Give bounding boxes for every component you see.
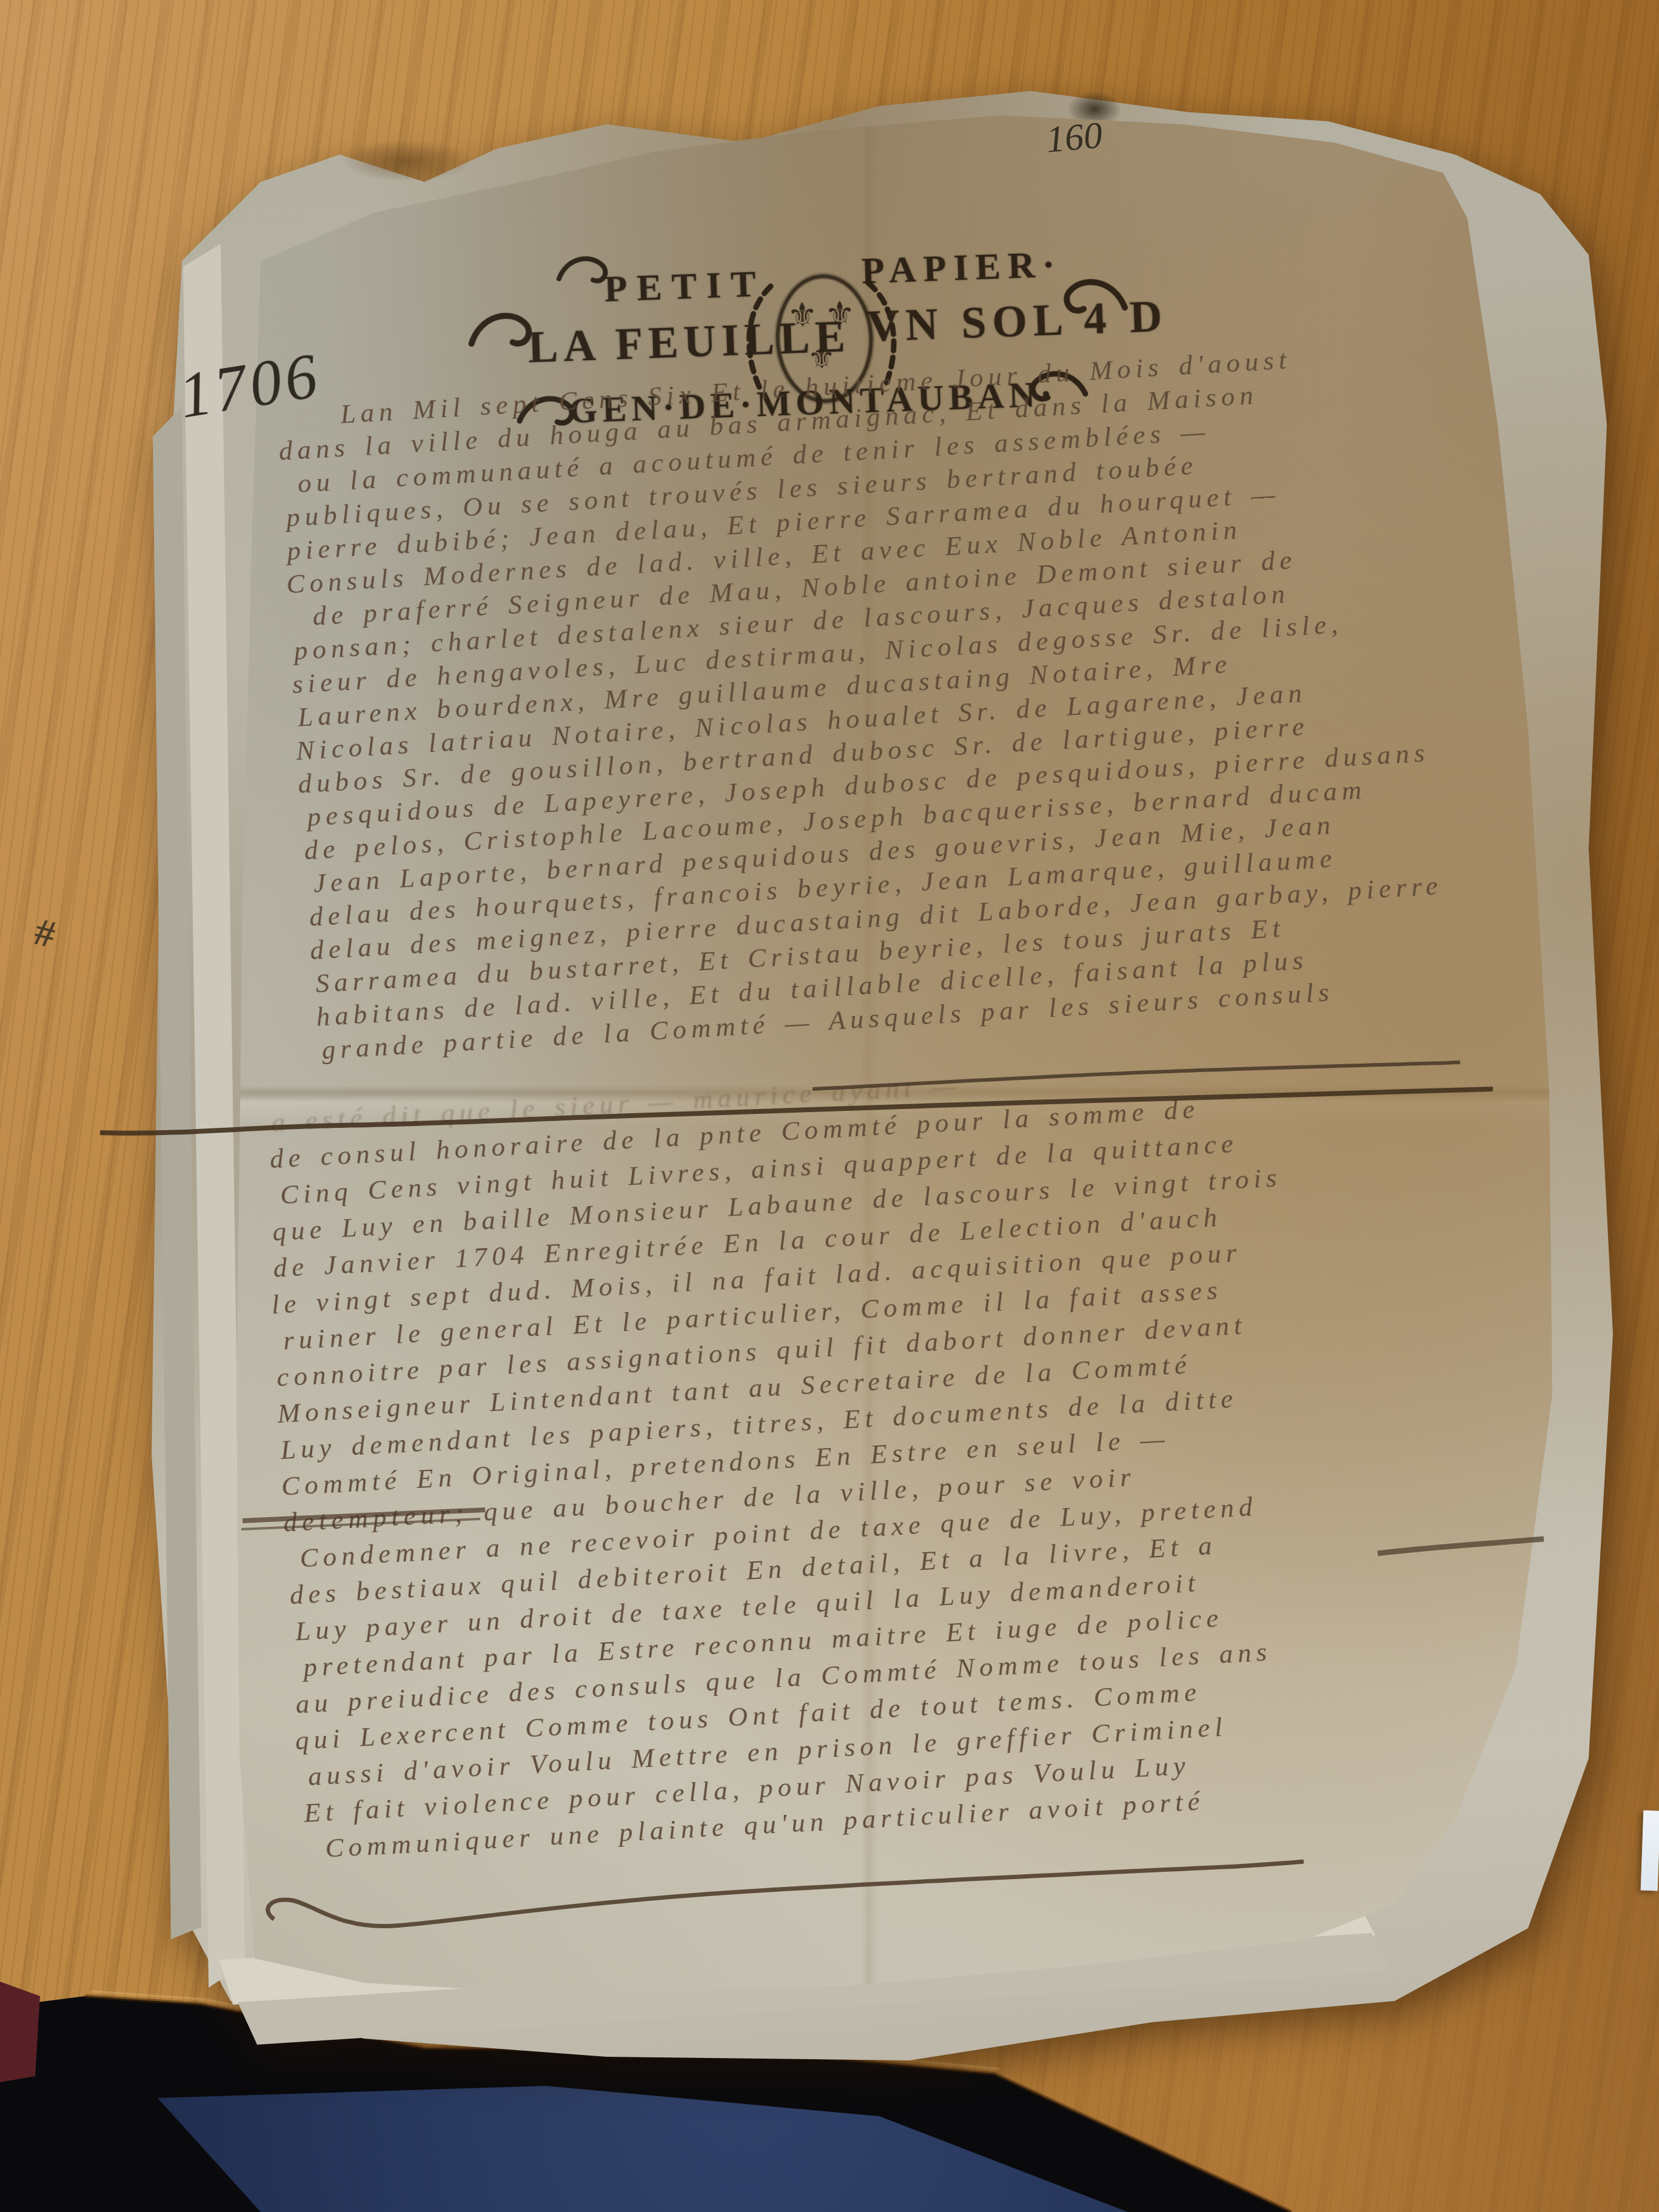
manuscript-paragraph-1: Lan Mil sept Cens Six Et le huitieme Jou… [276,336,1449,1067]
photo-of-manuscript: 160 1706 # PETIT PAPIER· LA FEUILLE VN S… [0,0,1659,2212]
fleur-de-lis-icon: ⚜ [824,294,856,335]
flourish-icon [554,250,610,295]
stamp-text-un-sol-4d: VN SOL 4 D [866,291,1168,353]
folio-number: 160 [1044,114,1104,162]
flourish-icon [465,304,534,361]
fleur-de-lis-icon: ⚜ [786,295,818,336]
manuscript-paragraph-2: a esté dit que le sieur — maurice ayant … [261,1050,1316,1868]
torn-edge-shadow [340,139,473,182]
white-card-edge [1641,1811,1659,1891]
